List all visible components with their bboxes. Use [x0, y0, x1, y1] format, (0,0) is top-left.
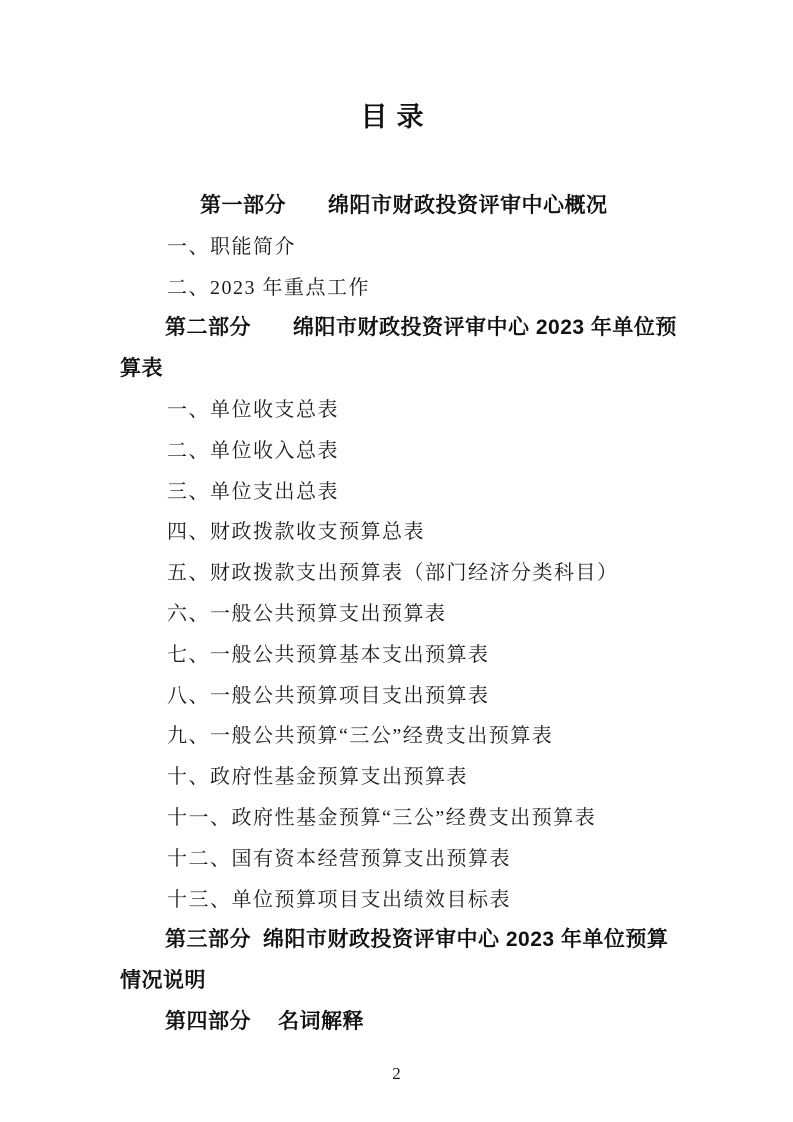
toc-item: 九、一般公共预算“三公”经费支出预算表 [120, 716, 677, 757]
toc-section-heading-part3: 第三部分绵阳市财政投资评审中心 2023 年单位预算情况说明 [120, 920, 677, 1002]
page-title: 目录 [0, 0, 793, 135]
toc-item: 二、单位收入总表 [120, 431, 677, 472]
toc-item: 十、政府性基金预算支出预算表 [120, 757, 677, 798]
toc-item: 十三、单位预算项目支出绩效目标表 [120, 880, 677, 921]
page-footer: 2 [0, 1064, 793, 1084]
toc-item: 一、单位收支总表 [120, 390, 677, 431]
section-label: 第四部分 [165, 1010, 251, 1033]
toc-item: 二、2023 年重点工作 [120, 268, 677, 309]
toc-section-heading-part1: 第一部分绵阳市财政投资评审中心概况 [120, 186, 677, 227]
section-title: 绵阳市财政投资评审中心概况 [328, 194, 608, 217]
toc-section-heading-part4: 第四部分名词解释 [120, 1002, 677, 1043]
toc-item: 四、财政拨款收支预算总表 [120, 512, 677, 553]
toc-item: 七、一般公共预算基本支出预算表 [120, 635, 677, 676]
page-number: 2 [392, 1064, 401, 1083]
section-label: 第二部分 [165, 316, 251, 339]
toc-item: 六、一般公共预算支出预算表 [120, 594, 677, 635]
toc-item: 十一、政府性基金预算“三公”经费支出预算表 [120, 798, 677, 839]
toc-item: 十二、国有资本经营预算支出预算表 [120, 839, 677, 880]
section-title: 名词解释 [278, 1010, 364, 1033]
table-of-contents: 第一部分绵阳市财政投资评审中心概况 一、职能简介 二、2023 年重点工作 第二… [120, 186, 677, 1043]
toc-section-heading-part2: 第二部分绵阳市财政投资评审中心 2023 年单位预算表 [120, 308, 677, 390]
document-page: 目录 第一部分绵阳市财政投资评审中心概况 一、职能简介 二、2023 年重点工作… [0, 0, 793, 1122]
toc-item: 一、职能简介 [120, 227, 677, 268]
toc-item: 三、单位支出总表 [120, 472, 677, 513]
toc-item: 五、财政拨款支出预算表（部门经济分类科目） [120, 553, 677, 594]
toc-item: 八、一般公共预算项目支出预算表 [120, 676, 677, 717]
section-label: 第三部分 [165, 928, 251, 951]
section-label: 第一部分 [200, 194, 286, 217]
